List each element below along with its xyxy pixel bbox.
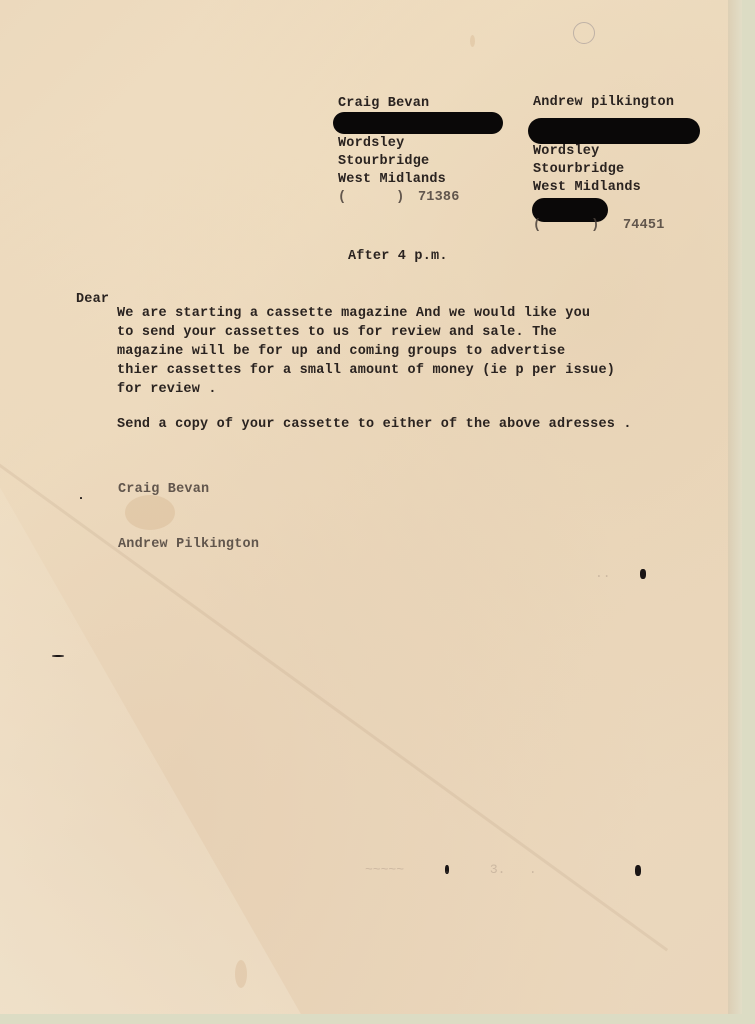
salutation: Dear (76, 291, 109, 309)
circle-mark-icon (573, 22, 595, 44)
sender-right-region: West Midlands (533, 179, 641, 197)
sender-left-city: Stourbridge (338, 153, 429, 171)
paper-edge (728, 0, 742, 1014)
closing-line: Send a copy of your cassette to either o… (117, 416, 632, 434)
sender-left-region: West Midlands (338, 171, 446, 189)
ink-mark (635, 865, 641, 876)
body-line: for review . (117, 381, 217, 399)
signature-andrew: Andrew Pilkington (118, 536, 259, 554)
body-line: to send your cassettes to us for review … (117, 324, 557, 342)
sender-right-phone-prefix: ( ) (533, 217, 599, 235)
sender-right-phone: 74451 (623, 217, 665, 235)
ink-mark (80, 497, 82, 499)
body-line: thier cassettes for a small amount of mo… (117, 362, 615, 380)
body-line: magazine will be for up and coming group… (117, 343, 565, 361)
ink-mark (52, 655, 64, 657)
sender-left-name: Craig Bevan (338, 95, 429, 113)
sender-left-phone: 71386 (418, 189, 460, 207)
sender-right-city: Stourbridge (533, 161, 624, 179)
ink-mark (640, 569, 646, 579)
redaction-bar (333, 112, 503, 134)
sender-right-name: Andrew pilkington (533, 94, 674, 112)
paper-stain (125, 495, 175, 530)
sender-left-phone-prefix: ( ) (338, 189, 404, 207)
redaction-bar (528, 118, 700, 144)
sender-left-town: Wordsley (338, 135, 404, 153)
letter-page: Craig Bevan Wordsley Stourbridge West Mi… (0, 0, 742, 1014)
paper-stain (235, 960, 247, 988)
body-line: We are starting a cassette magazine And … (117, 305, 590, 323)
faded-impression: .. (595, 566, 611, 581)
availability-note: After 4 p.m. (348, 248, 448, 266)
signature-craig: Craig Bevan (118, 481, 209, 499)
paper-stain (470, 35, 475, 47)
faded-impression: ~~~~~ . 3. . (365, 862, 537, 877)
sender-right-town: Wordsley (533, 143, 599, 161)
